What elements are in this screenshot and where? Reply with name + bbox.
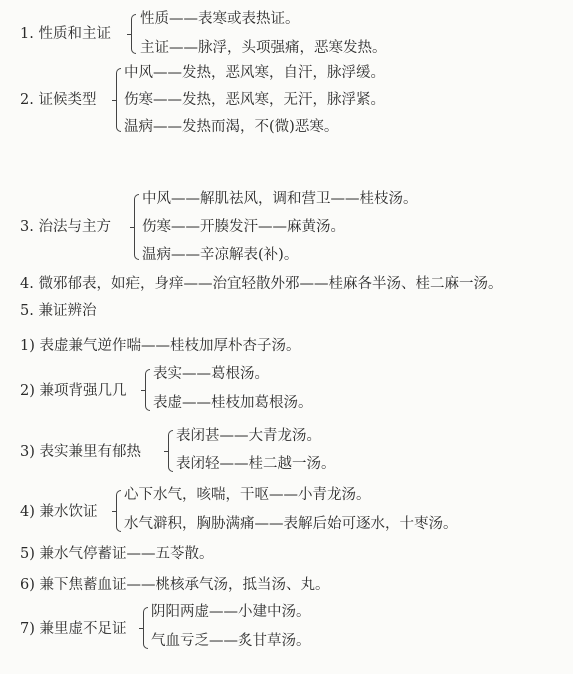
subsection-7-label: 7) 兼里虚不足证 [20,620,127,638]
brace [143,607,148,649]
subsection-1: 1) 表虚兼气逆作喘——桂枝加厚朴杏子汤。 [20,337,301,355]
section-2-item: 温病——发热而渴，不(微)恶寒。 [124,118,338,136]
subsection-4-item: 水气澼积，胸胁满痛——表解后始可逐水，十枣汤。 [124,515,458,533]
section-3-item: 中风——解肌祛风，调和营卫——桂枝汤。 [142,190,418,208]
subsection-4-label: 4) 兼水饮证 [20,503,98,521]
subsection-2-item: 表实——葛根汤。 [153,365,269,383]
subsection-3-label: 3) 表实兼里有郁热 [20,443,141,461]
brace [131,14,136,54]
section-1-item: 性质——表寒或表热证。 [140,10,300,28]
brace [168,430,173,472]
subsection-7-item: 气血亏乏——炙甘草汤。 [151,632,311,650]
section-1-item: 主证——脉浮，头项强痛，恶寒发热。 [140,39,387,57]
section-1-label: 1. 性质和主证 [20,25,111,43]
subsection-2-label: 2) 兼项背强几几 [20,382,127,400]
section-5-label: 5. 兼证辨治 [20,302,96,320]
brace [116,68,121,132]
subsection-5: 5) 兼水气停蓄证——五苓散。 [20,545,214,563]
section-2-item: 中风——发热，恶风寒，自汗，脉浮缓。 [124,64,385,82]
section-2-label: 2. 证候类型 [20,91,96,109]
brace [145,369,150,411]
section-3-label: 3. 治法与主方 [20,218,111,236]
subsection-3-item: 表闭甚——大青龙汤。 [176,427,321,445]
section-3-item: 伤寒——开腠发汗——麻黄汤。 [142,218,345,236]
brace [134,194,139,260]
subsection-2-item: 表虚——桂枝加葛根汤。 [153,394,313,412]
subsection-4-item: 心下水气，咳喘，干呕——小青龙汤。 [124,486,371,504]
subsection-3-item: 表闭轻——桂二越一汤。 [176,455,336,473]
subsection-7-item: 阴阳两虚——小建中汤。 [151,603,311,621]
section-4-text: 4. 微邪郁表，如疟，身痒——治宜轻散外邪——桂麻各半汤、桂二麻一汤。 [20,275,502,293]
section-2-item: 伤寒——发热，恶风寒，无汗，脉浮紧。 [124,91,385,109]
brace [116,490,121,532]
subsection-6: 6) 兼下焦蓄血证——桃核承气汤，抵当汤、丸。 [20,576,330,594]
section-3-item: 温病——辛凉解表(补)。 [142,246,298,264]
